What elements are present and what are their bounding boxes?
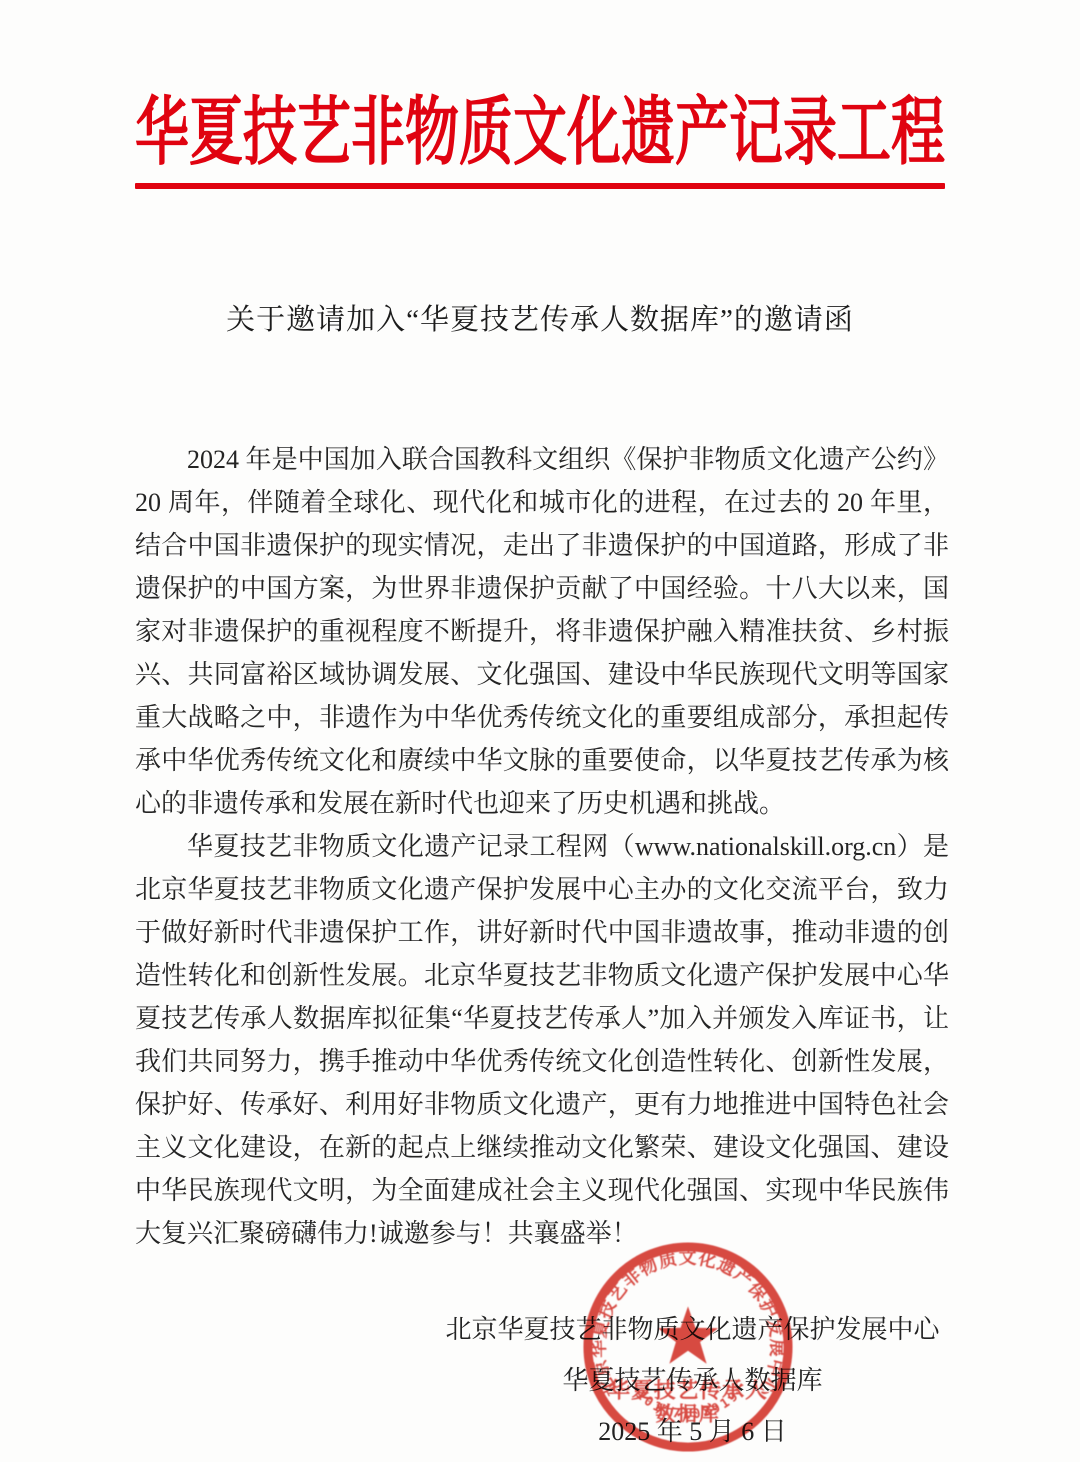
seal-star-icon [658,1306,718,1363]
masthead: 华夏技艺非物质文化遗产记录工程 [0,116,1080,170]
paragraph-1: 2024 年是中国加入联合国教科文组织《保护非物质文化遗产公约》20 周年，伴随… [135,438,949,825]
letter-body: 2024 年是中国加入联合国教科文组织《保护非物质文化遗产公约》20 周年，伴随… [135,438,949,1255]
document-title: 华夏技艺非物质文化遗产记录工程 [135,95,945,170]
seal-inner-text-line1: 华夏技艺传承人 [608,1378,768,1403]
masthead-divider [135,183,945,189]
paragraph-2: 华夏技艺非物质文化遗产记录工程网（www.nationalskill.org.c… [135,825,949,1255]
document-page: 华夏技艺非物质文化遗产记录工程 关于邀请加入“华夏技艺传承人数据库”的邀请函 2… [0,0,1080,1462]
letter-subject: 关于邀请加入“华夏技艺传承人数据库”的邀请函 [0,297,1080,338]
official-seal-stamp: 北京华夏技艺非物质文化遗产保护发展中心 华夏技艺传承人 数据库 10117103… [579,1238,797,1456]
